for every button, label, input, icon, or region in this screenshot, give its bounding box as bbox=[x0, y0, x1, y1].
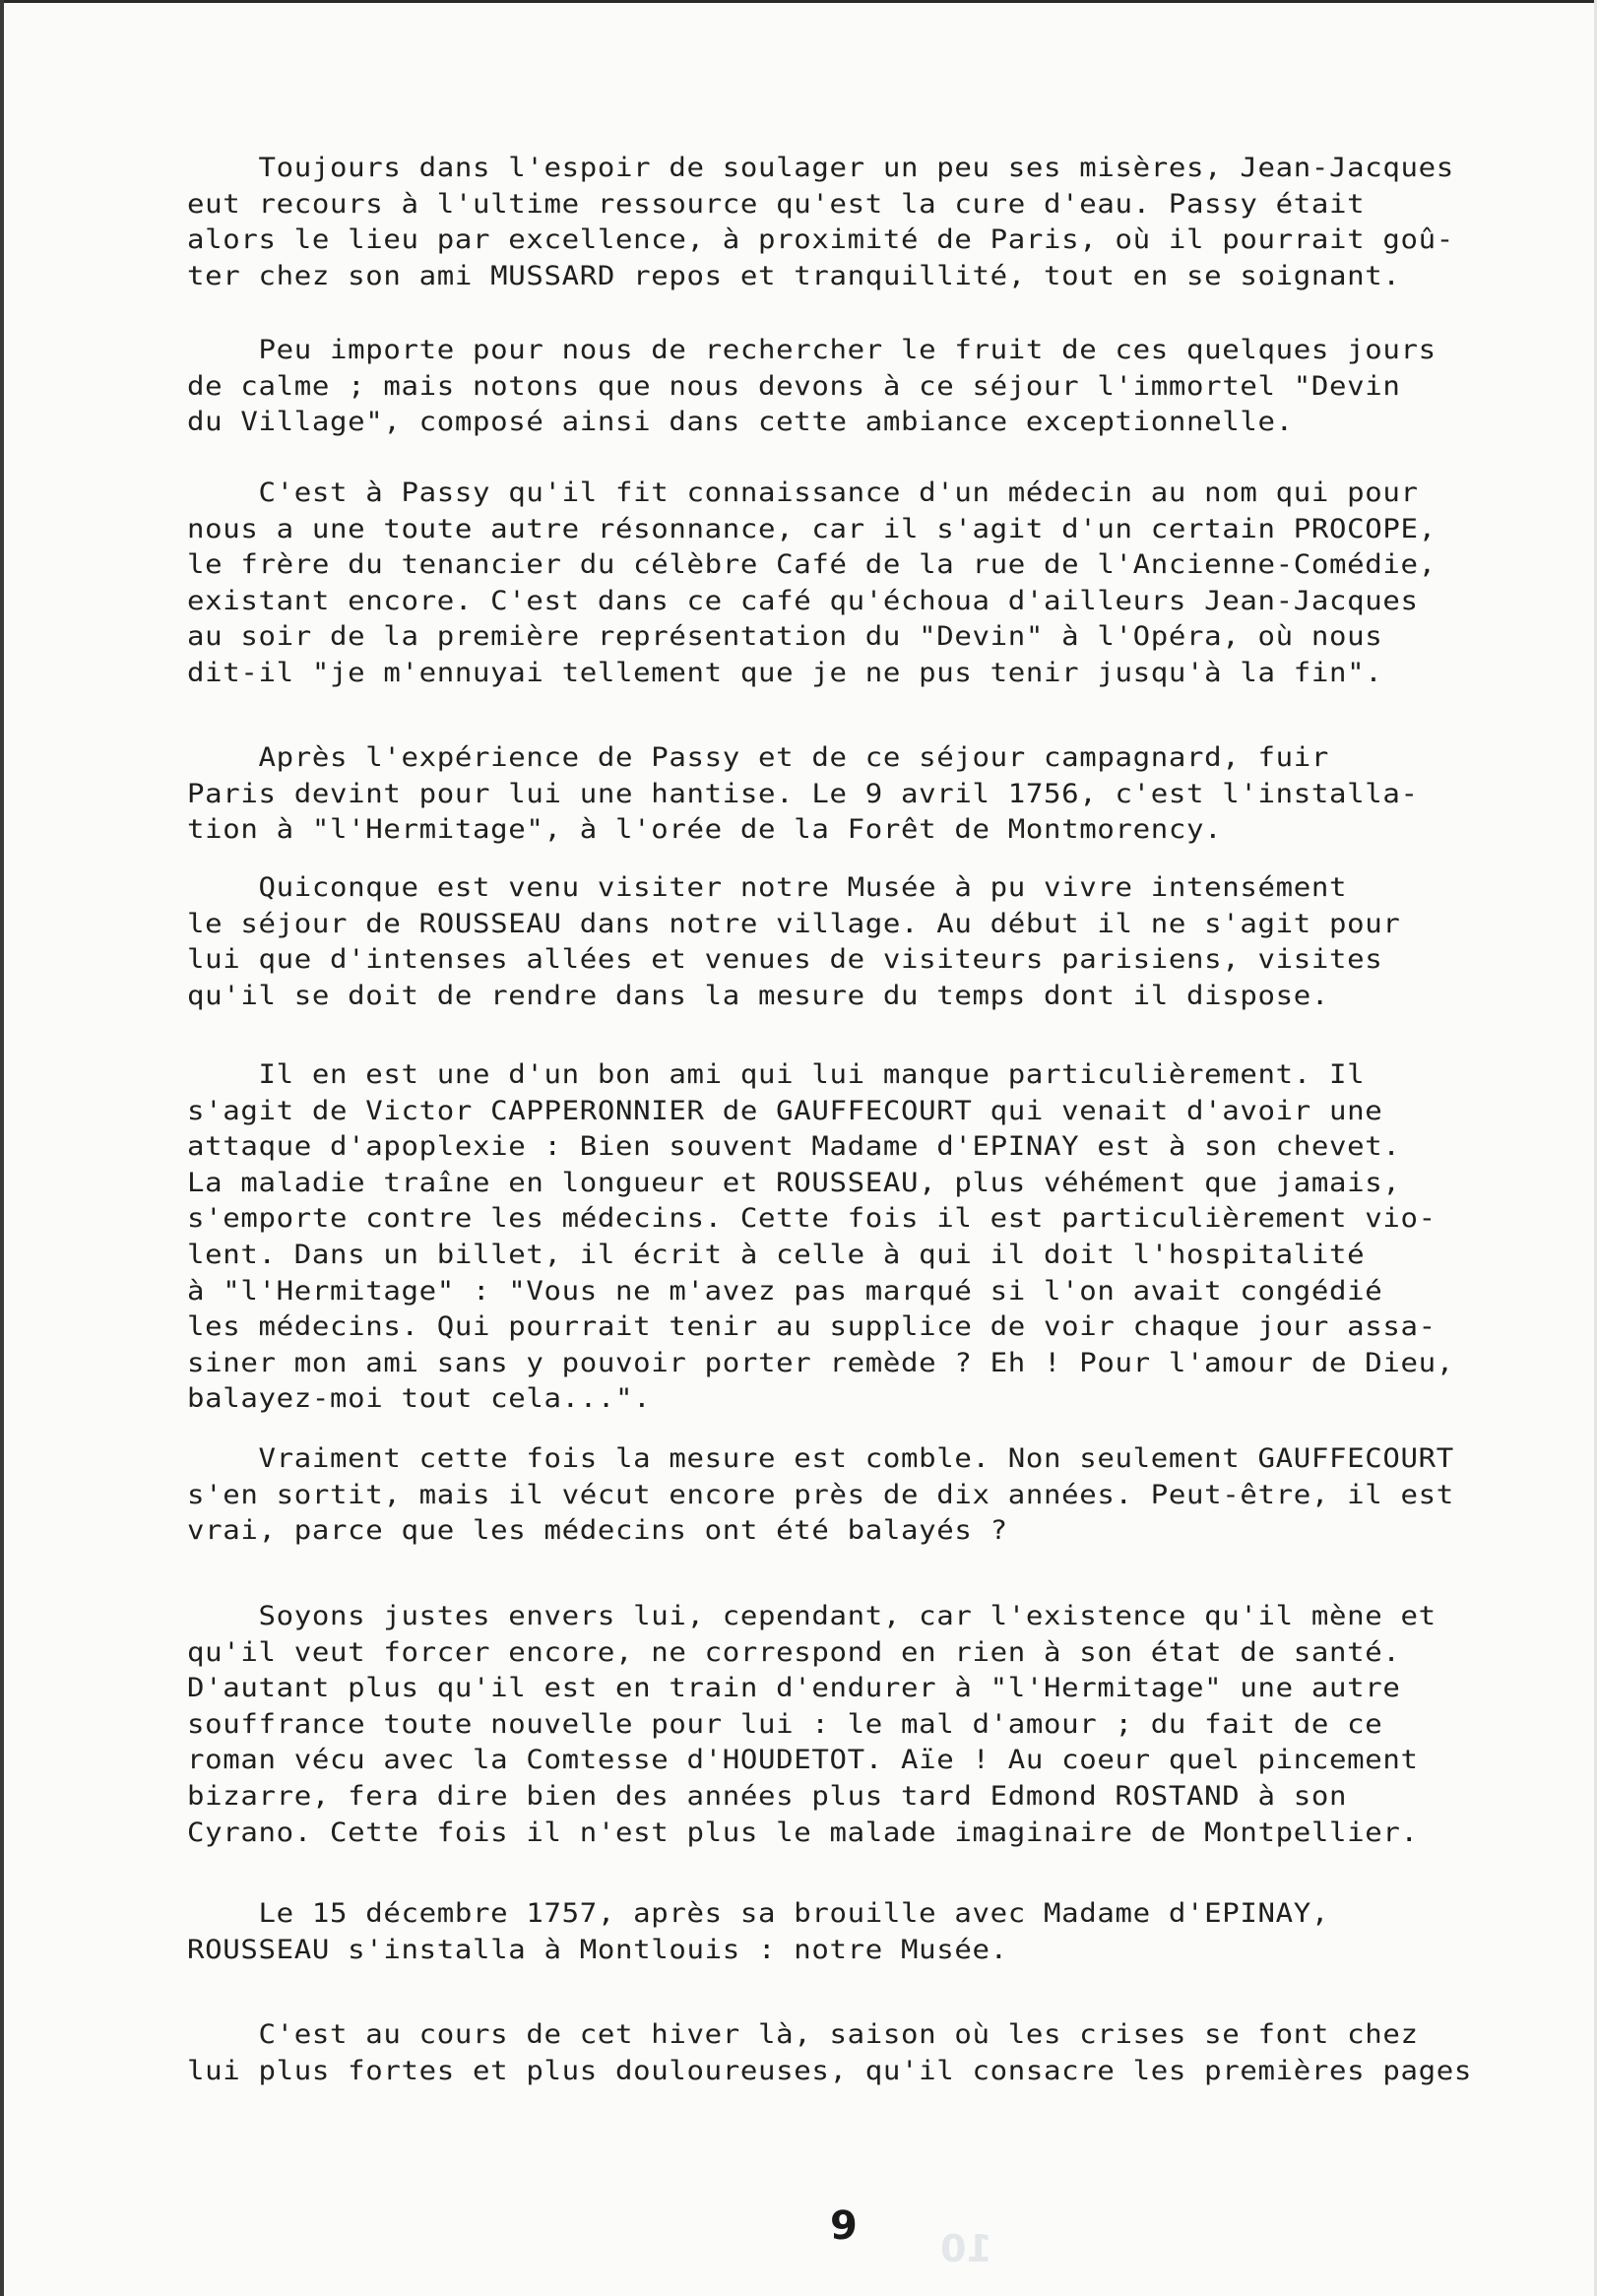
text-line: C'est à Passy qu'il fit connaissance d'u… bbox=[187, 480, 1419, 507]
text-line: s'emporte contre les médecins. Cette foi… bbox=[187, 1206, 1437, 1233]
text-line: le séjour de ROUSSEAU dans notre village… bbox=[187, 912, 1400, 938]
text-line: Cyrano. Cette fois il n'est plus le mala… bbox=[187, 1820, 1419, 1847]
text-line: siner mon ami sans y pouvoir porter remè… bbox=[187, 1351, 1454, 1377]
text-line: souffrance toute nouvelle pour lui : le … bbox=[187, 1712, 1382, 1739]
text-line: à "l'Hermitage" : "Vous ne m'avez pas ma… bbox=[187, 1279, 1382, 1306]
text-line: C'est au cours de cet hiver là, saison o… bbox=[187, 2022, 1419, 2049]
text-line: vrai, parce que les médecins ont été bal… bbox=[187, 1518, 1008, 1545]
text-line: D'autant plus qu'il est en train d'endur… bbox=[187, 1676, 1400, 1702]
text-line: au soir de la première représentation du… bbox=[187, 624, 1382, 651]
text-line: Soyons justes envers lui, cependant, car… bbox=[187, 1604, 1437, 1630]
text-line: le frère du tenancier du célèbre Café de… bbox=[187, 552, 1437, 579]
text-line: La maladie traîne en longueur et ROUSSEA… bbox=[187, 1171, 1400, 1197]
text-line: qu'il se doit de rendre dans la mesure d… bbox=[187, 984, 1329, 1010]
text-line: Après l'expérience de Passy et de ce séj… bbox=[187, 745, 1329, 772]
text-line: s'agit de Victor CAPPERONNIER de GAUFFEC… bbox=[187, 1099, 1382, 1125]
text-line: Le 15 décembre 1757, après sa brouille a… bbox=[187, 1901, 1329, 1928]
text-line: lui plus fortes et plus douloureuses, qu… bbox=[187, 2059, 1472, 2085]
text-line: ROUSSEAU s'installa à Montlouis : notre … bbox=[187, 1938, 1008, 1964]
text-line: nous a une toute autre résonnance, car i… bbox=[187, 517, 1437, 543]
text-line: s'en sortit, mais il vécut encore près d… bbox=[187, 1483, 1454, 1509]
bleed-through-page-number: 10 bbox=[940, 2227, 992, 2270]
text-line: Peu importe pour nous de rechercher le f… bbox=[187, 338, 1437, 364]
text-line: Il en est une d'un bon ami qui lui manqu… bbox=[187, 1062, 1365, 1089]
text-line: Paris devint pour lui une hantise. Le 9 … bbox=[187, 782, 1419, 808]
text-line: attaque d'apoplexie : Bien souvent Madam… bbox=[187, 1134, 1400, 1161]
text-line: du Village", composé ainsi dans cette am… bbox=[187, 410, 1294, 436]
text-line: qu'il veut forcer encore, ne correspond … bbox=[187, 1640, 1400, 1667]
text-line: dit-il "je m'ennuyai tellement que je ne… bbox=[187, 661, 1382, 687]
page-number: 9 bbox=[830, 2203, 858, 2249]
text-line: bizarre, fera dire bien des années plus … bbox=[187, 1784, 1347, 1811]
text-line: tion à "l'Hermitage", à l'orée de la For… bbox=[187, 817, 1222, 844]
text-line: de calme ; mais notons que nous devons à… bbox=[187, 374, 1400, 401]
text-line: lent. Dans un billet, il écrit à celle à… bbox=[187, 1243, 1365, 1269]
scanned-page: Toujours dans l'espoir de soulager un pe… bbox=[0, 0, 1597, 2296]
text-line: Toujours dans l'espoir de soulager un pe… bbox=[187, 156, 1454, 182]
text-line: Quiconque est venu visiter notre Musée à… bbox=[187, 875, 1347, 902]
text-line: eut recours à l'ultime ressource qu'est … bbox=[187, 192, 1365, 219]
scan-edge-top bbox=[0, 0, 1597, 3]
scan-edge-left bbox=[0, 0, 4, 2296]
text-line: ter chez son ami MUSSARD repos et tranqu… bbox=[187, 264, 1400, 290]
text-line: les médecins. Qui pourrait tenir au supp… bbox=[187, 1314, 1437, 1341]
text-line: lui que d'intenses allées et venues de v… bbox=[187, 947, 1382, 974]
text-line: roman vécu avec la Comtesse d'HOUDETOT. … bbox=[187, 1748, 1419, 1774]
text-line: Vraiment cette fois la mesure est comble… bbox=[187, 1446, 1454, 1473]
text-line: alors le lieu par excellence, à proximit… bbox=[187, 227, 1454, 254]
text-line: balayez-moi tout cela...". bbox=[187, 1386, 651, 1413]
text-line: existant encore. C'est dans ce café qu'é… bbox=[187, 589, 1419, 615]
